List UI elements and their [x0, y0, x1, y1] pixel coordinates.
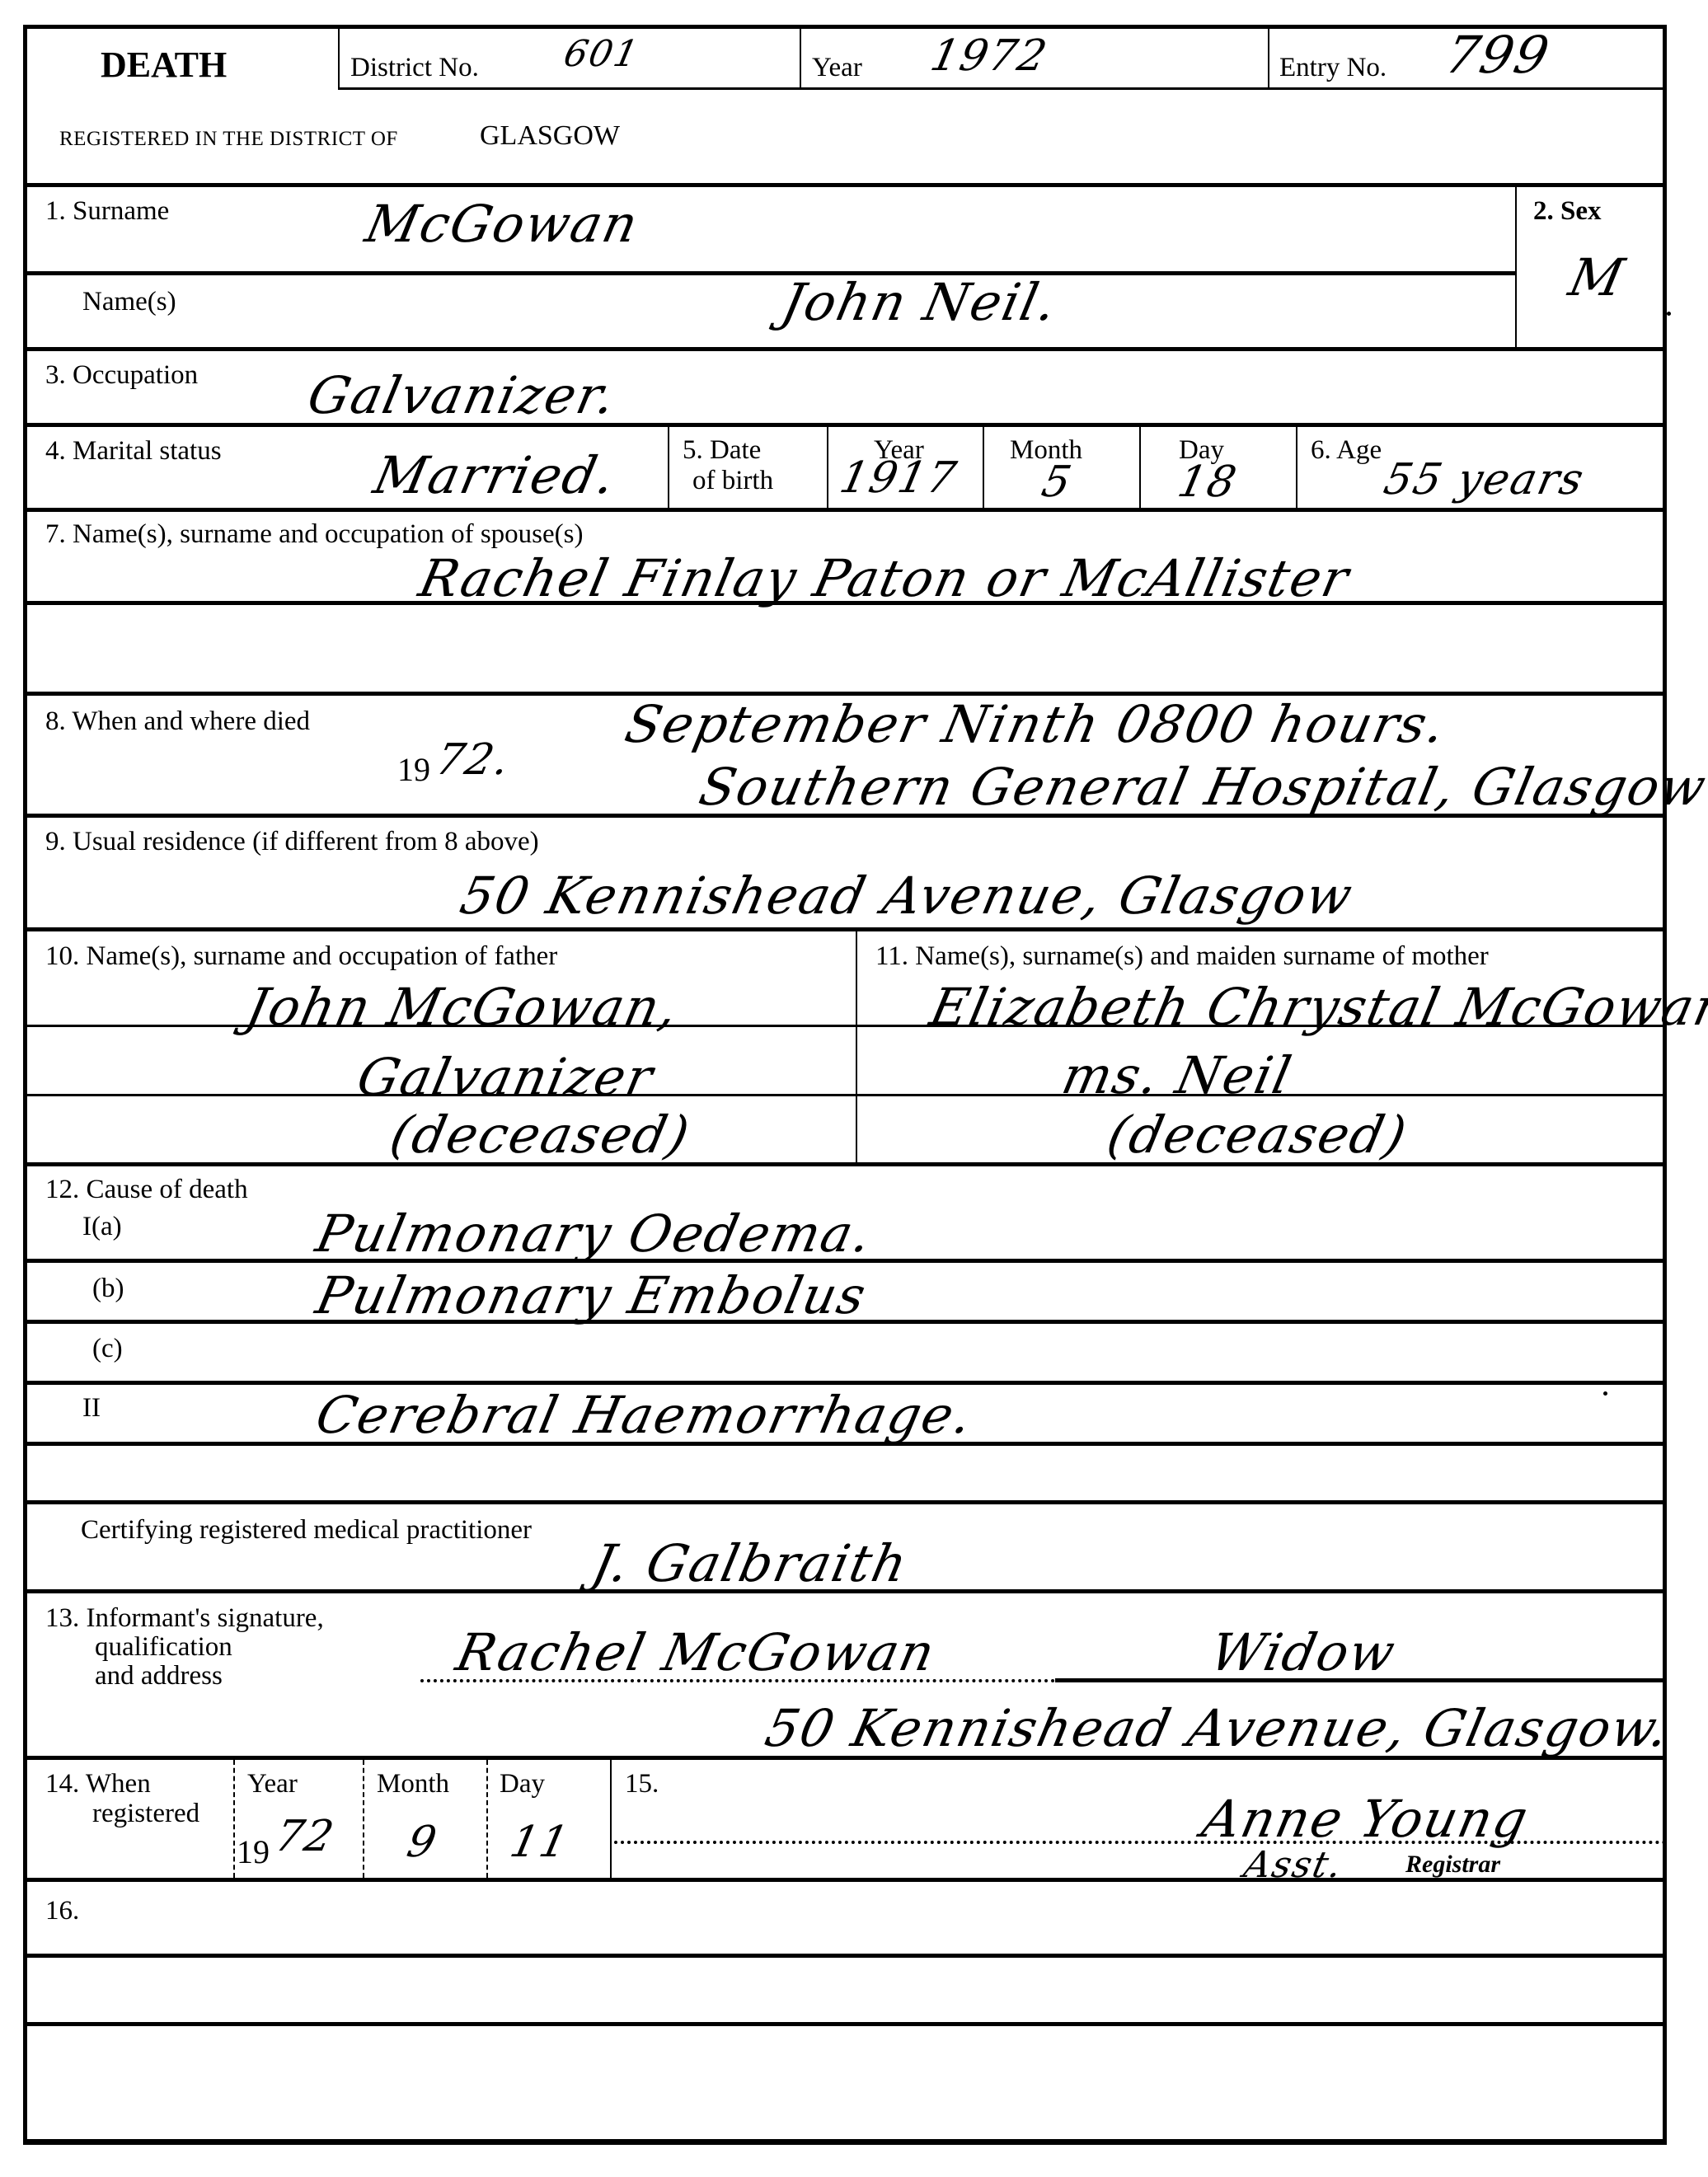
district-no-value: 601 [561, 33, 644, 75]
cause-row-label: II [82, 1393, 101, 1423]
ink-speck [1667, 312, 1671, 316]
surname-label: 1. Surname [45, 196, 169, 226]
informant-qualification: Widow [1205, 1622, 1401, 1682]
row-divider [25, 347, 1667, 351]
cause-divider [25, 1442, 1667, 1446]
registered-label-line2: registered [92, 1799, 199, 1828]
reg-year-suffix: 72 [271, 1812, 340, 1861]
registered-label-line1: 14. When [45, 1769, 151, 1799]
cause-divider [25, 1259, 1667, 1263]
surname-value: McGowan [360, 194, 645, 254]
informant-label-line1: 13. Informant's signature, [45, 1603, 324, 1633]
names-label: Name(s) [82, 287, 176, 317]
occupation-label: 3. Occupation [45, 360, 198, 390]
mother-line3: (deceased) [1102, 1105, 1413, 1165]
mother-line1: Elizabeth Chrystal McGowan [925, 977, 1708, 1037]
cause-row-value: Pulmonary Embolus [311, 1265, 872, 1325]
father-line1: John McGowan, [241, 977, 684, 1037]
registrar-role-label: Registrar [1405, 1851, 1500, 1878]
dob-year-value: 1917 [836, 453, 962, 503]
header-bottom-line [338, 87, 1667, 90]
died-year-prefix: 19 [397, 752, 430, 788]
sex-divider [1515, 187, 1517, 347]
dob-divider [668, 427, 669, 508]
dob-label-line2: of birth [692, 466, 773, 495]
reg-day-value: 11 [506, 1818, 575, 1867]
row-divider [25, 927, 1667, 931]
reg-year-divider [233, 1760, 235, 1878]
certifier-label: Certifying registered medical practition… [81, 1515, 532, 1545]
header-divider [800, 25, 801, 89]
row-divider [25, 1589, 1667, 1593]
age-divider [1296, 427, 1297, 508]
cause-row-label: I(a) [82, 1212, 122, 1241]
spouse-divider [25, 601, 1667, 605]
residence-value: 50 Kennishead Avenue, Glasgow [455, 866, 1358, 926]
informant-address: 50 Kennishead Avenue, Glasgow. [760, 1698, 1675, 1758]
reg-month-label: Month [377, 1769, 449, 1799]
father-line3: (deceased) [385, 1105, 696, 1165]
cause-row-label: (b) [92, 1274, 124, 1303]
informant-signature: Rachel McGowan [451, 1622, 941, 1682]
row-divider [25, 1756, 1667, 1760]
item16-label: 16. [45, 1896, 79, 1926]
cause-row-value: Cerebral Haemorrhage. [311, 1385, 978, 1445]
parents-divider [856, 931, 857, 1162]
row-divider [25, 1500, 1667, 1504]
row-divider [25, 508, 1667, 512]
registered-district-value: GLASGOW [480, 120, 620, 151]
marital-status-label: 4. Marital status [45, 436, 222, 466]
dob-day-value: 18 [1174, 457, 1242, 507]
row-divider [25, 2022, 1667, 2026]
spouse-label: 7. Name(s), surname and occupation of sp… [45, 519, 583, 549]
residence-label: 9. Usual residence (if different from 8 … [45, 827, 539, 856]
row-divider [25, 423, 1667, 427]
father-line2: Galvanizer [352, 1047, 659, 1107]
district-no-label: District No. [350, 53, 479, 82]
row-divider [25, 1954, 1667, 1958]
reg-year-label: Year [247, 1769, 298, 1799]
surname-divider [25, 271, 1517, 275]
mother-line2: ms. Neil [1057, 1045, 1297, 1105]
sex-label: 2. Sex [1533, 196, 1602, 226]
registrar-divider [610, 1760, 612, 1878]
header-divider [338, 25, 340, 89]
died-place: Southern General Hospital, Glasgow [694, 757, 1708, 817]
died-year-suffix: 72. [432, 735, 515, 785]
cause-divider [25, 1320, 1667, 1324]
year-value: 1972 [927, 31, 1053, 81]
reg-day-label: Day [500, 1769, 545, 1799]
form-title: DEATH [101, 45, 227, 85]
reg-year-prefix: 19 [237, 1834, 270, 1870]
row-divider [25, 814, 1667, 818]
father-label: 10. Name(s), surname and occupation of f… [45, 941, 557, 971]
registered-district-label: REGISTERED IN THE DISTRICT OF [59, 128, 398, 151]
cause-row-label: (c) [92, 1334, 123, 1363]
reg-day-divider [486, 1760, 488, 1878]
signature-line [420, 1679, 1055, 1682]
reg-month-divider [363, 1760, 364, 1878]
year-label: Year [812, 53, 862, 82]
parents-divider-2 [25, 1094, 1667, 1096]
dob-year-divider [827, 427, 828, 508]
qualification-line [1055, 1678, 1667, 1682]
certifier-value: J. Galbraith [587, 1533, 913, 1593]
header-divider [1268, 25, 1269, 89]
dob-label-line1: 5. Date [683, 435, 761, 465]
died-date-time: September Ninth 0800 hours. [620, 694, 1452, 754]
ink-speck [1603, 1391, 1607, 1396]
age-label: 6. Age [1311, 435, 1382, 465]
marital-status-value: Married. [368, 445, 622, 505]
registrar-signature-line [614, 1841, 1667, 1844]
cause-label: 12. Cause of death [45, 1175, 248, 1204]
row-divider [25, 183, 1667, 187]
row-divider [25, 1162, 1667, 1166]
dob-day-divider [1139, 427, 1141, 508]
parents-divider-1 [25, 1025, 1667, 1027]
entry-no-value: 799 [1440, 25, 1555, 85]
occupation-value: Galvanizer. [303, 365, 622, 425]
entry-no-label: Entry No. [1279, 53, 1387, 82]
spouse-value: Rachel Finlay Paton or McAllister [414, 548, 1355, 608]
registrar-label: 15. [625, 1769, 659, 1799]
dob-month-divider [983, 427, 984, 508]
age-value: 55 years [1380, 455, 1589, 504]
informant-label-line3: and address [95, 1661, 223, 1691]
died-label: 8. When and where died [45, 706, 310, 736]
cause-row-value: Pulmonary Oedema. [311, 1203, 878, 1264]
mother-label: 11. Name(s), surname(s) and maiden surna… [875, 941, 1489, 971]
informant-label-line2: qualification [95, 1632, 232, 1662]
names-value: John Neil. [777, 272, 1063, 332]
row-divider [25, 1878, 1667, 1882]
